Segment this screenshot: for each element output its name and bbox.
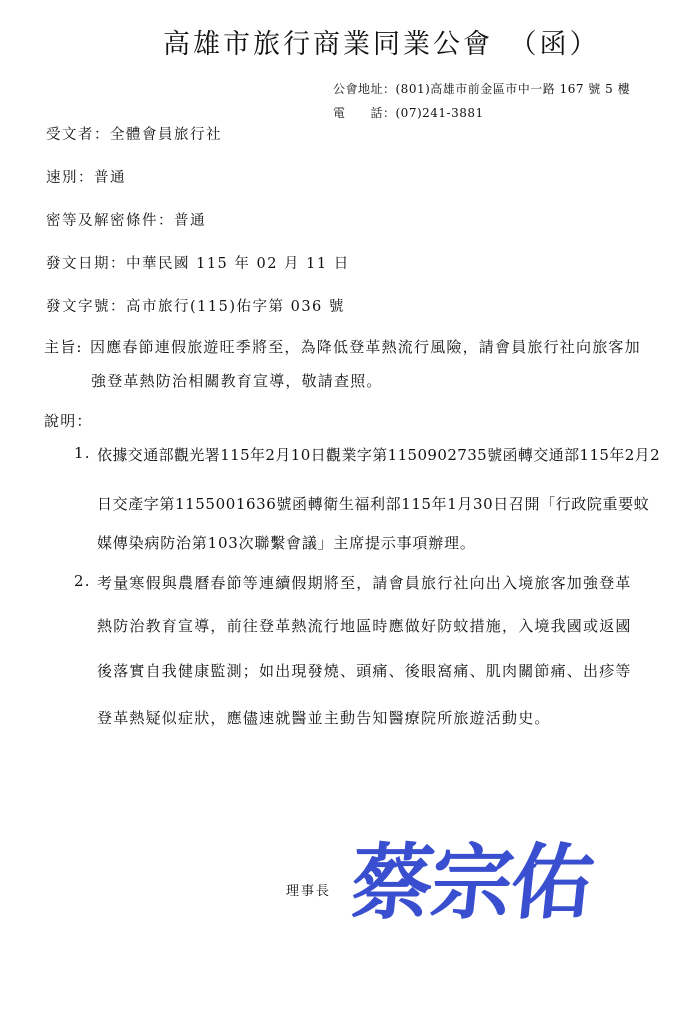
recipient: 受文者：全體會員旅行社	[46, 123, 222, 144]
item-number: 1.	[74, 444, 91, 462]
subject-line: 因應春節連假旅遊旺季將至，為降低登革熱流行風險，請會員旅行社向旅客加	[90, 336, 641, 357]
item-line: 依據交通部觀光署115年2月10日觀業字第1150902735號函轉交通部115…	[97, 444, 660, 465]
item-line: 登革熱疑似症狀，應儘速就醫並主動告知醫療院所旅遊活動史。	[97, 707, 551, 728]
signature-image: 蔡宗佑	[346, 818, 598, 935]
confidentiality: 密等及解密條件：普通	[46, 209, 206, 230]
item-line: 熱防治教育宣導，前往登革熱流行地區時應做好防蚊措施，入境我國或返國	[97, 615, 632, 636]
subject-line: 強登革熱防治相關教育宣導，敬請查照。	[91, 370, 383, 391]
item-line: 考量寒假與農曆春節等連續假期將至，請會員旅行社向出入境旅客加強登革	[97, 572, 632, 593]
signer-title: 理事長	[286, 880, 331, 899]
document-number: 發文字號：高市旅行(115)佑字第 036 號	[46, 295, 345, 316]
subject-label: 主旨:	[44, 336, 83, 357]
document-title: 高雄市旅行商業同業公會 （函）	[163, 22, 600, 61]
explanation-label: 說明：	[44, 410, 93, 431]
item-number: 2.	[74, 572, 91, 590]
org-address: 公會地址：(801)高雄市前金區市中一路 167 號 5 樓	[333, 80, 630, 97]
issue-date: 發文日期：中華民國 115 年 02 月 11 日	[46, 252, 350, 273]
item-line: 後落實自我健康監測；如出現發燒、頭痛、後眼窩痛、肌肉關節痛、出疹等	[97, 660, 632, 681]
speed: 速別：普通	[46, 166, 126, 187]
org-phone: 電 話：(07)241-3881	[333, 104, 484, 121]
item-line: 日交產字第1155001636號函轉衛生福利部115年1月30日召開「行政院重要…	[97, 493, 649, 514]
item-line: 媒傳染病防治第103次聯繫會議」主席提示事項辦理。	[97, 532, 476, 553]
